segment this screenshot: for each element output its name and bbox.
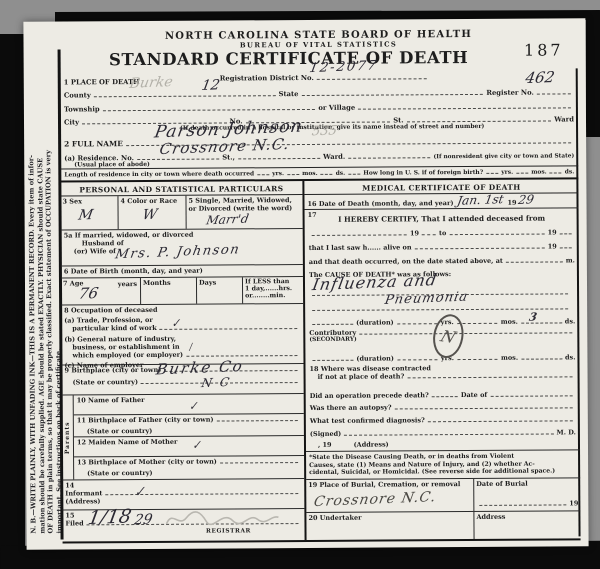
township-row: Township or Village bbox=[64, 102, 574, 113]
undertaker-label: 20 Undertaker bbox=[308, 513, 361, 521]
occ-a-label-2: particular kind of work bbox=[72, 324, 157, 333]
state-label: State bbox=[279, 90, 299, 98]
father-check: ✓ bbox=[189, 399, 199, 414]
dod-year-value: 29 bbox=[517, 192, 535, 207]
mother-check: ✓ bbox=[192, 438, 202, 453]
leader-line bbox=[516, 171, 528, 174]
duration-label: (duration) bbox=[356, 318, 394, 326]
burial-value: Crossnore N.C. bbox=[313, 489, 438, 510]
leader-line bbox=[312, 358, 353, 361]
father-name-row: 10 Name of Father ✓ bbox=[74, 394, 304, 415]
item-17: 17 bbox=[308, 211, 317, 219]
contributory-row: Contributory (SECONDARY) N bbox=[305, 325, 579, 351]
leader-line bbox=[220, 460, 298, 463]
last-saw-line: that I last saw h...... alive on bbox=[309, 243, 412, 252]
residence-ward-label: Ward. bbox=[323, 153, 345, 161]
leader-line bbox=[457, 321, 498, 324]
leader-line bbox=[321, 172, 333, 175]
parents-group: Parents 10 Name of Father ✓ 11 Birthplac… bbox=[62, 394, 305, 480]
leader-line bbox=[560, 245, 572, 248]
registration-district-value: 12-2077 bbox=[308, 58, 379, 76]
date-of-label: Date of bbox=[461, 391, 487, 399]
parents-strip: Parents bbox=[62, 395, 75, 479]
township-label: Township bbox=[64, 105, 100, 113]
leader-line bbox=[395, 405, 573, 409]
undertaker-cell: 20 Undertaker bbox=[306, 512, 474, 540]
occ-b-label-3: which employed (or employer) bbox=[72, 351, 183, 360]
leader-line bbox=[317, 76, 427, 80]
disease-contracted-row: 18 Where was disease contracted if not a… bbox=[305, 361, 579, 387]
registration-district-label: Registration District No. bbox=[220, 74, 314, 83]
duration-days-value: 3 bbox=[528, 310, 538, 323]
ds-label: ds. bbox=[336, 170, 346, 177]
leader-line bbox=[312, 322, 353, 325]
county-row: County State Register No. bbox=[64, 88, 574, 99]
place-of-death-label: 1 PLACE OF DEATH bbox=[64, 78, 140, 86]
ds-label: ds. bbox=[565, 353, 576, 361]
undertaker-row: 20 Undertaker Address bbox=[306, 511, 580, 540]
age-value: 76 bbox=[77, 284, 99, 303]
ds-label: ds. bbox=[565, 168, 575, 175]
leader-line bbox=[103, 107, 316, 111]
sex-race-marital-row: 3 Sex M 4 Color or Race W 5 Single, Marr… bbox=[60, 195, 302, 230]
yrs-label: yrs. bbox=[501, 169, 513, 176]
leader-line bbox=[94, 93, 276, 97]
cause-footnote: *State the Disease Causing Death, or in … bbox=[306, 449, 580, 478]
months-cell: Months bbox=[141, 278, 197, 304]
birthplace-row: 9 Birthplace (city or town) (State or co… bbox=[61, 364, 303, 395]
certify-line: I HEREBY CERTIFY, That I attended deceas… bbox=[309, 213, 575, 224]
marital-value: Marr'd bbox=[205, 212, 250, 228]
certify-block: 17 I HEREBY CERTIFY, That I attended dec… bbox=[305, 208, 579, 281]
leader-line bbox=[312, 232, 407, 236]
cause-value-1: Influenza and bbox=[311, 270, 439, 294]
leader-line bbox=[217, 418, 298, 421]
nineteen-printed: 19 bbox=[548, 228, 557, 236]
foreign-label: How long in U. S. if of foreign birth? bbox=[363, 169, 483, 177]
burial-place-cell: 19 Place of Burial, Cremation, or remova… bbox=[306, 479, 474, 512]
mos-label: mos. bbox=[501, 318, 518, 326]
days-label: Days bbox=[199, 279, 216, 287]
leader-line bbox=[415, 246, 545, 250]
leader-line bbox=[537, 91, 571, 94]
duration-label: (duration) bbox=[356, 354, 394, 362]
race-cell: 4 Color or Race W bbox=[118, 196, 186, 229]
full-name-pencil: 535 bbox=[311, 123, 339, 139]
md-label: M. D. bbox=[556, 428, 575, 436]
address-note: (Address) bbox=[354, 440, 389, 448]
nineteen-printed: 19 bbox=[410, 229, 419, 237]
leader-line bbox=[457, 357, 498, 360]
leader-line bbox=[560, 231, 572, 234]
sex-cell: 3 Sex M bbox=[60, 196, 118, 229]
county-label: County bbox=[64, 91, 91, 99]
nonresident-note: (If nonresident give city or town and St… bbox=[433, 153, 574, 160]
state-country-label: (State or country) bbox=[87, 468, 301, 477]
leader-line bbox=[422, 232, 436, 235]
state-country-label: (State or country) bbox=[73, 378, 138, 386]
scan-edge-right bbox=[586, 12, 600, 137]
sex-label: 3 Sex bbox=[62, 197, 82, 205]
leader-line bbox=[449, 232, 544, 236]
burial-row: 19 Place of Burial, Cremation, or remova… bbox=[306, 477, 580, 513]
leader-line bbox=[428, 418, 573, 422]
date-of-death-row: 16 Date of Death (month, day, and year) … bbox=[304, 193, 578, 210]
filed-year-value: 29 bbox=[133, 512, 154, 529]
m-label: m. bbox=[566, 256, 575, 264]
leader-line bbox=[432, 394, 458, 397]
length-label: Length of residence in city or town wher… bbox=[64, 170, 254, 178]
leader-line bbox=[407, 118, 552, 122]
leader-line bbox=[521, 356, 562, 359]
mos-label: mos. bbox=[531, 169, 547, 176]
age-cell: 7 Age years 76 bbox=[61, 278, 141, 304]
birthplace-state-value: N C bbox=[200, 375, 232, 390]
leader-line bbox=[506, 259, 563, 262]
register-label: Register No. bbox=[486, 89, 534, 97]
county-pencil-note: Burke bbox=[128, 74, 174, 92]
leader-line bbox=[479, 502, 566, 506]
spouse-row: 5a If married, widowed, or divorced Husb… bbox=[61, 229, 303, 266]
state-country-label: (State or country) bbox=[87, 426, 301, 435]
dod-value: Jan. 1st bbox=[456, 192, 505, 208]
days-cell: Days bbox=[197, 277, 243, 303]
race-value: W bbox=[141, 207, 158, 224]
burial-date-cell: Date of Burial 19 bbox=[474, 478, 580, 511]
mos-label: mos. bbox=[302, 170, 318, 177]
father-label: 10 Name of Father bbox=[77, 396, 145, 404]
circled-mark-value: N bbox=[438, 326, 458, 346]
filed-label: Filed bbox=[65, 519, 83, 527]
registrar-signature bbox=[162, 507, 282, 530]
leader-line bbox=[257, 172, 269, 175]
village-label: or Village bbox=[318, 104, 355, 112]
years-label: years bbox=[118, 280, 137, 288]
nineteen-printed: 19 bbox=[548, 242, 557, 250]
age-row: 7 Age years 76 Months Days If LESS than bbox=[61, 277, 303, 305]
footnote-line-3: cidental, Suicidal, or Homicidal. (See r… bbox=[309, 468, 577, 477]
leader-line bbox=[238, 156, 320, 160]
leader-line bbox=[287, 172, 299, 175]
mos-label: mos. bbox=[501, 354, 518, 362]
race-label: 4 Color or Race bbox=[120, 197, 177, 205]
filed-value: 1/18 bbox=[86, 505, 133, 529]
ds-label: ds. bbox=[565, 317, 576, 325]
full-name-label: 2 FULL NAME bbox=[64, 139, 123, 148]
nineteen-printed: 19 bbox=[569, 499, 578, 507]
dod-label: 16 Date of Death (month, day, and year) bbox=[307, 199, 453, 208]
less-than-day-cell: If LESS than 1 day,......hrs. or........… bbox=[243, 277, 303, 303]
informant-label: Informant bbox=[65, 489, 102, 497]
to-label: to bbox=[439, 229, 446, 237]
marital-cell: 5 Single, Married, Widowed, or Divorced … bbox=[186, 195, 302, 229]
occ-b-mark: ∕ bbox=[189, 342, 192, 353]
scanned-photo: N. B.—WRITE PLAINLY, WITH UNFADING INK—T… bbox=[0, 0, 600, 569]
page-number: 187 bbox=[524, 40, 564, 59]
leader-line bbox=[348, 155, 430, 159]
left-section-title: PERSONAL AND STATISTICAL PARTICULARS bbox=[60, 181, 302, 196]
comma-19: , 19 bbox=[318, 441, 332, 449]
ward-label: Ward bbox=[554, 115, 574, 123]
register-value: 462 bbox=[524, 68, 556, 87]
occupation-row: 8 Occupation of deceased (a) Trade, Prof… bbox=[61, 304, 303, 365]
leader-line bbox=[486, 171, 498, 174]
leader-line bbox=[490, 393, 572, 397]
yrs-label: yrs. bbox=[272, 170, 284, 177]
mother-label: 12 Maiden Name of Mother bbox=[77, 438, 178, 447]
leader-line bbox=[301, 92, 483, 96]
leader-line bbox=[550, 170, 562, 173]
mother-birthplace-row: 13 Birthplace of Mother (city or town) (… bbox=[74, 456, 304, 478]
medical-certificate-column: MEDICAL CERTIFICATE OF DEATH 16 Date of … bbox=[304, 179, 580, 540]
signed-label: (Signed) bbox=[310, 430, 341, 438]
father-bp-label: 11 Birthplace of Father (city or town) bbox=[77, 416, 214, 425]
leader-line bbox=[397, 357, 438, 360]
certificate-title: STANDARD CERTIFICATE OF DEATH bbox=[30, 48, 548, 70]
city-label: City bbox=[64, 118, 79, 126]
mother-name-row: 12 Maiden Name of Mother ✓ bbox=[74, 436, 304, 457]
undertaker-address-label: Address bbox=[476, 513, 505, 521]
less-label-3: or........min. bbox=[245, 292, 301, 299]
leader-line bbox=[359, 330, 572, 334]
occupation-label: 8 Occupation of deceased bbox=[64, 305, 300, 314]
statistical-and-medical-columns: PERSONAL AND STATISTICAL PARTICULARS 3 S… bbox=[60, 177, 580, 543]
birthplace-label: 9 Birthplace (city or town) bbox=[64, 366, 161, 375]
months-label: Months bbox=[143, 279, 171, 287]
burial-label: 19 Place of Burial, Cremation, or remova… bbox=[308, 480, 460, 489]
parents-label: Parents bbox=[64, 421, 71, 454]
leader-line bbox=[348, 172, 360, 175]
leader-line bbox=[397, 321, 438, 324]
county-value: 12 bbox=[200, 77, 221, 94]
burial-date-label: Date of Burial bbox=[476, 479, 578, 488]
certificate-paper: N. B.—WRITE PLAINLY, WITH UNFADING INK—T… bbox=[23, 18, 588, 549]
personal-statistical-column: PERSONAL AND STATISTICAL PARTICULARS 3 S… bbox=[60, 181, 304, 541]
dob-label: 6 Date of Birth (month, day, and year) bbox=[64, 267, 203, 276]
informant-check: ✓ bbox=[134, 484, 145, 501]
undertaker-address-cell: Address bbox=[474, 511, 580, 539]
scan-edge-left bbox=[0, 34, 25, 569]
leader-line: 3 bbox=[521, 320, 562, 323]
death-occurred-line: and that death occurred, on the date sta… bbox=[309, 257, 503, 266]
mother-bp-label: 13 Birthplace of Mother (city or town) bbox=[77, 458, 217, 467]
contracted-label-2: if not at place of death? bbox=[318, 372, 405, 381]
sex-value: M bbox=[77, 207, 94, 224]
occ-a-check: ✓ bbox=[171, 316, 181, 331]
nineteen-printed: 19 bbox=[507, 199, 516, 207]
informant-address-note: (Address) bbox=[65, 496, 301, 505]
cause-value-2: Pneumonia bbox=[384, 290, 470, 308]
leader-line bbox=[407, 374, 572, 378]
leader-line bbox=[358, 105, 571, 109]
certificate-form: NORTH CAROLINA STATE BOARD OF HEALTH BUR… bbox=[59, 22, 580, 539]
filed-row: 15 Filed 1/18 29 REGISTRAR bbox=[62, 509, 304, 541]
leader-line bbox=[344, 431, 553, 435]
father-birthplace-row: 11 Birthplace of Father (city or town) (… bbox=[74, 414, 304, 437]
